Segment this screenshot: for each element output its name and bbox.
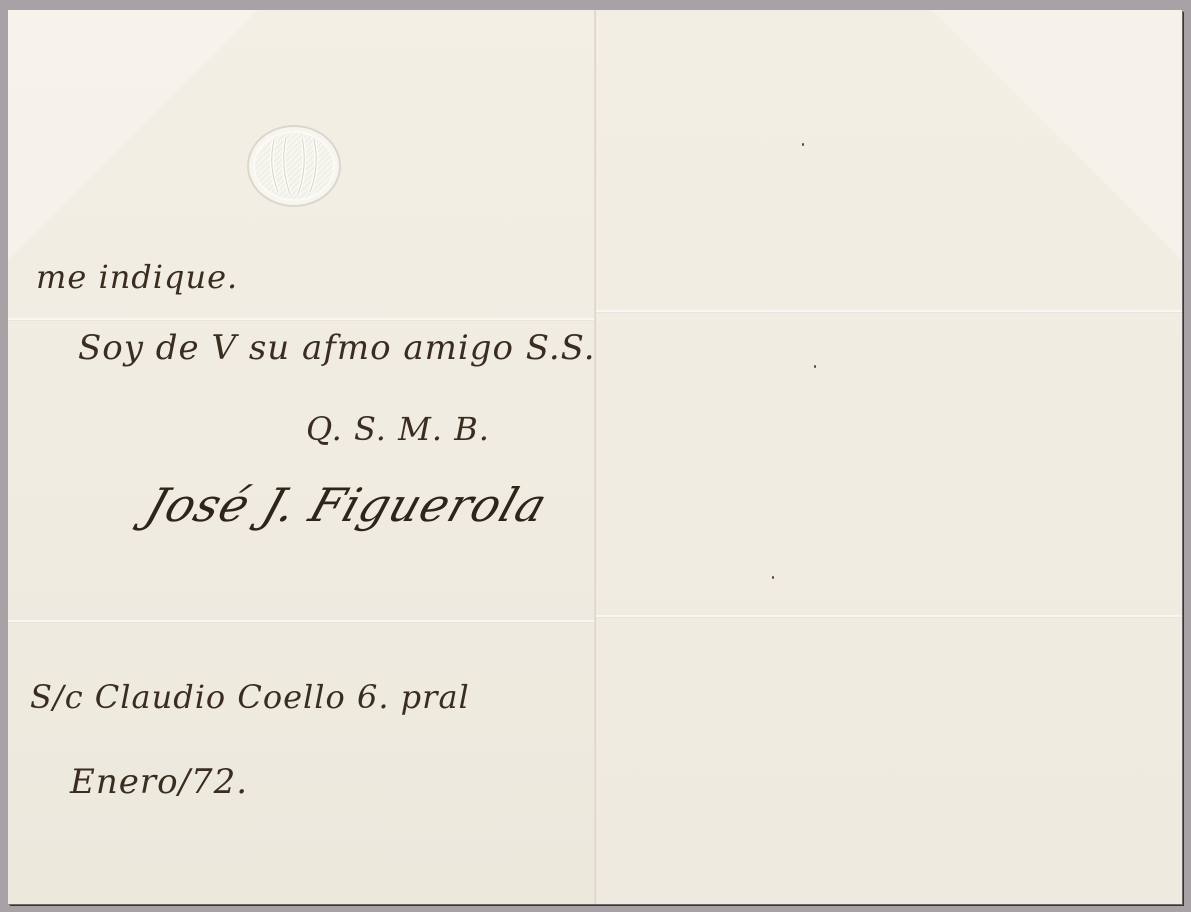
left-page: me indique. Soy de V su afmo amigo S.S. … (8, 10, 596, 904)
paper-speck (802, 143, 804, 146)
paper-speck (772, 576, 774, 579)
corner-fold-crease (932, 10, 1182, 260)
sender-address: S/c Claudio Coello 6. pral (30, 678, 470, 716)
paper-speck (814, 365, 816, 368)
right-page (596, 10, 1182, 904)
corner-fold-crease (8, 10, 258, 260)
horizontal-fold-line (596, 615, 1182, 618)
embossed-monogram-icon (244, 118, 344, 218)
letter-abbrev-qsmb: Q. S. M. B. (306, 410, 490, 448)
letter-line-me-indique: me indique. (36, 258, 238, 296)
horizontal-fold-line (8, 318, 596, 321)
letter-closing-line: Soy de V su afmo amigo S.S. (78, 328, 596, 368)
letter-date: Enero/72. (70, 762, 248, 802)
letter-sheet: me indique. Soy de V su afmo amigo S.S. … (8, 10, 1182, 904)
signature: José J. Figuerola (139, 478, 554, 532)
horizontal-fold-line (596, 310, 1182, 313)
horizontal-fold-line (8, 620, 596, 623)
